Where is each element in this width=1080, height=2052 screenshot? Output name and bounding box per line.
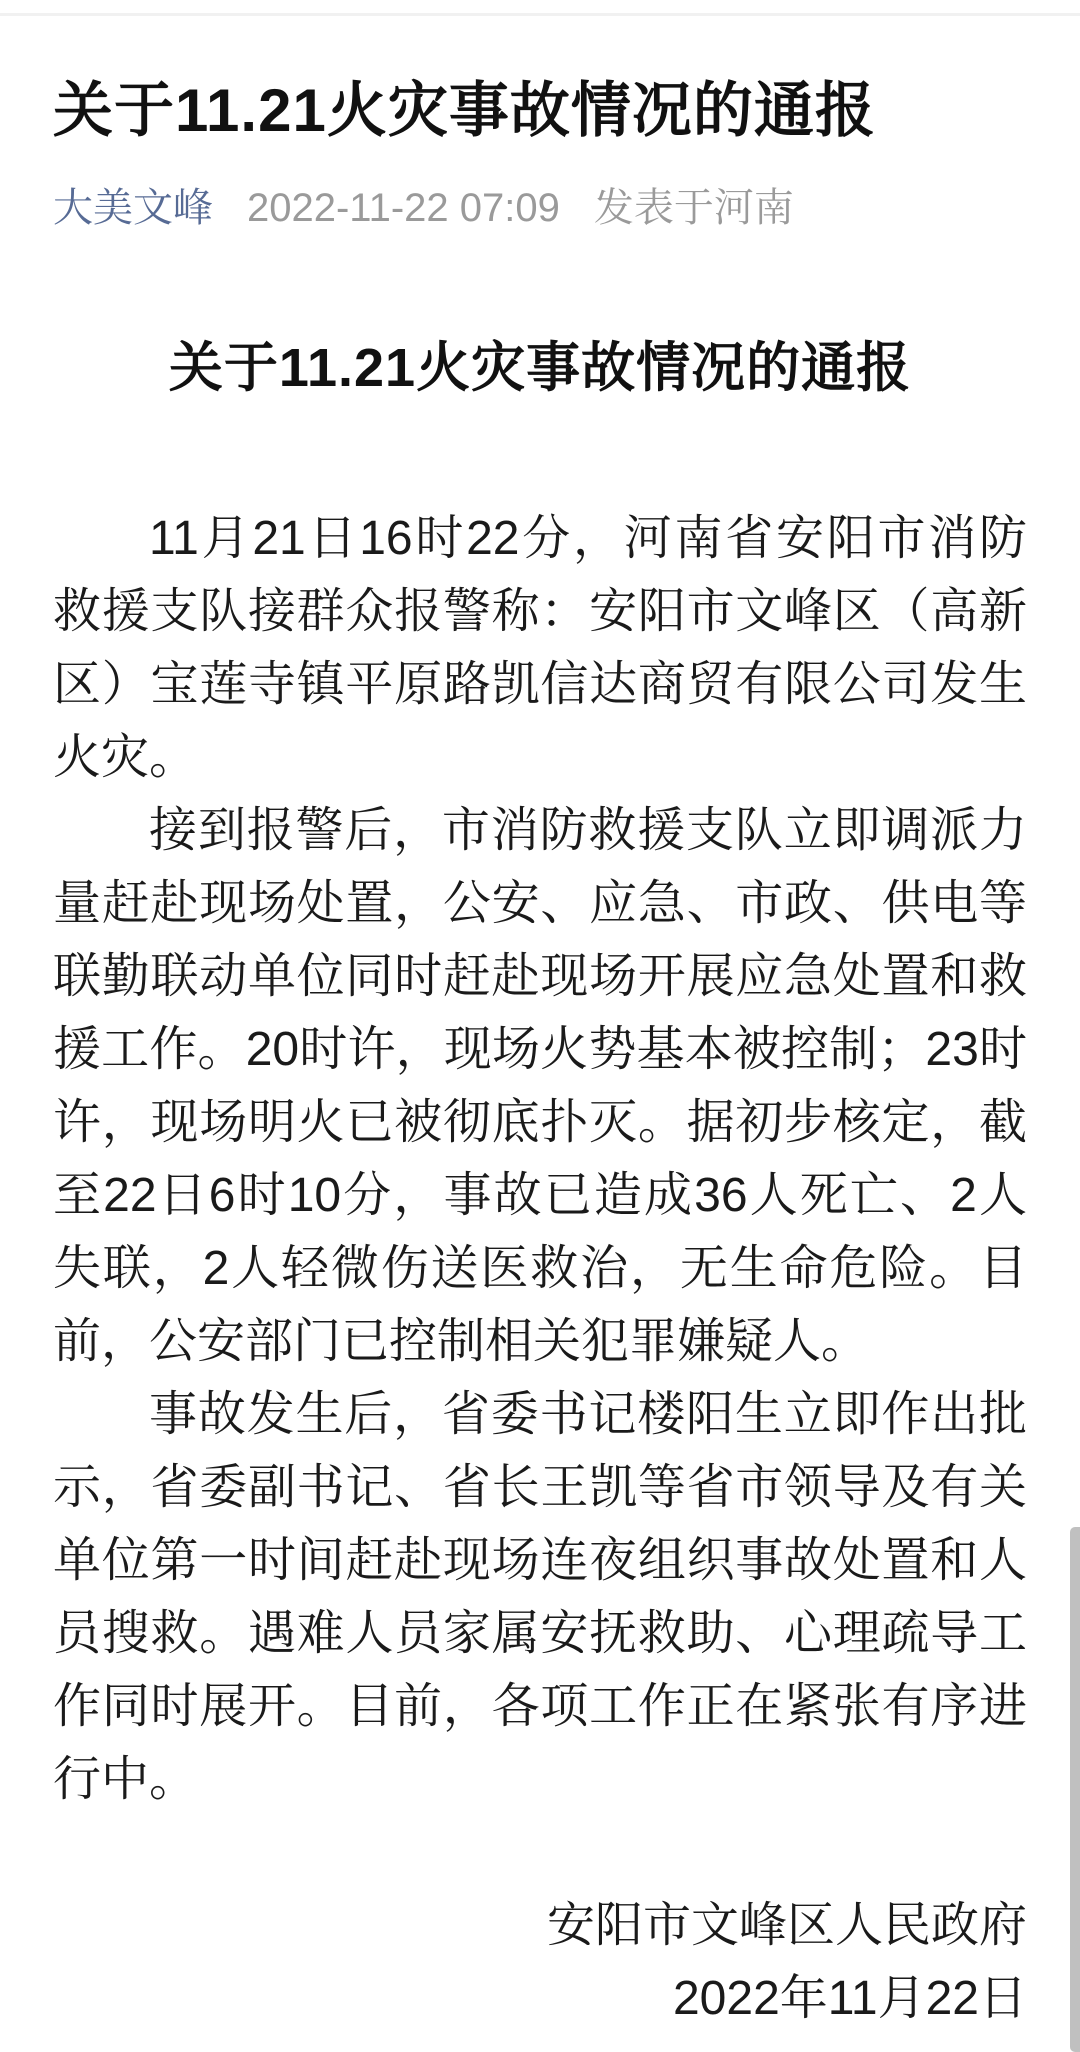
publish-timestamp: 2022-11-22 07:09 bbox=[247, 183, 560, 233]
signature-issuer: 安阳市文峰区人民政府 bbox=[53, 1889, 1027, 1962]
byline: 大美文峰 2022-11-22 07:09 发表于河南 bbox=[53, 183, 1027, 233]
body-paragraph-1: 11月21日16时22分，河南省安阳市消防救援支队接群众报警称：安阳市文峰区（高… bbox=[53, 502, 1027, 794]
notice-heading: 关于11.21火灾事故情况的通报 bbox=[53, 332, 1027, 405]
signature-date: 2022年11月22日 bbox=[53, 1962, 1027, 2035]
article-body: 11月21日16时22分，河南省安阳市消防救援支队接群众报警称：安阳市文峰区（高… bbox=[53, 502, 1027, 2035]
article-title: 关于11.21火灾事故情况的通报 bbox=[53, 72, 1027, 150]
body-paragraph-3: 事故发生后，省委书记楼阳生立即作出批示，省委副书记、省长王凯等省市领导及有关单位… bbox=[53, 1378, 1027, 1816]
body-paragraph-2: 接到报警后，市消防救援支队立即调派力量赶赴现场处置，公安、应急、市政、供电等联勤… bbox=[53, 794, 1027, 1378]
scrollbar-thumb[interactable] bbox=[1070, 1527, 1080, 2052]
account-name-link[interactable]: 大美文峰 bbox=[53, 183, 213, 233]
article-page: 关于11.21火灾事故情况的通报 大美文峰 2022-11-22 07:09 发… bbox=[0, 0, 1080, 2035]
publish-location: 发表于河南 bbox=[594, 183, 794, 233]
